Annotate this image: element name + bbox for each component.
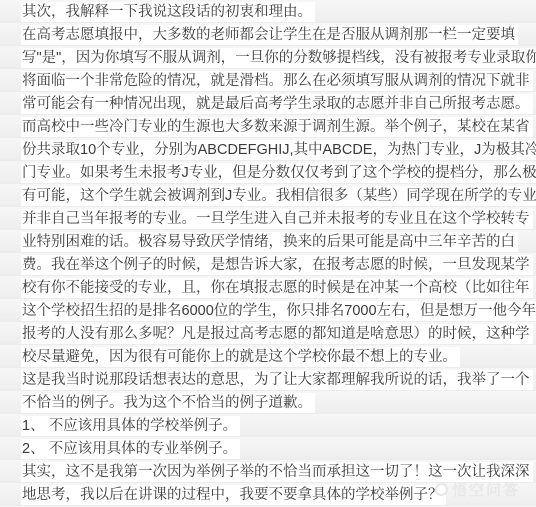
text-line: 并非自己当年报考的专业。一旦学生进入自己并未报考的专业且在这个学校转专 [21,209,533,229]
text-line: 其次，我解释一下我说这段话的初衷和理由。 [21,2,315,22]
text-line: 这是我当时说那段话想表达的意思，为了让大家都理解我所说的话，我举了一个 [21,370,533,390]
text-line: 2、 不应该用具体的专业举例子。 [21,439,240,459]
text-line: 地思考，我以后在讲课的过程中，我要不要拿具体的学校举例子？ [21,485,446,505]
watermark: 悟空问答 [435,479,520,500]
text-line: 报考的人没有那么多呢？凡是报过高考志愿的都知道是啥意思）的时候，这种学 [21,324,533,344]
text-line: 而高校中一些冷门专业的生源也大多数来源于调剂生源。举个例子，某校在某省 [21,117,533,137]
text-line: 校有你不能接受的专业，且，你在填报志愿的时候是在冲某一个高校（比如往年 [21,278,533,298]
wukong-logo-icon [435,483,448,496]
watermark-text: 悟空问答 [452,479,520,500]
text-line: 常可能会有一种情况出现，就是最后高考学生录取的志愿并非自己所报考志愿。 [21,94,533,114]
text-line: 门专业。如果考生未报考J专业，但是分数仅仅考到了这个学校的提档分，那么极 [21,163,536,183]
text-line: 业特别困难的话。极容易导致厌学情绪，换来的后果可能是高中三年辛苦的白 [21,232,518,252]
text-line: 这个学校招生招的是排名6000位的学生，你只排名7000左右，但是想万一他今年 [21,301,536,321]
text-line: 1、 不应该用具体的学校举例子。 [21,416,240,436]
text-line: 不恰当的例子。我为这个不恰当的例子道歉。 [21,393,315,413]
text-line: 费。我在举这个例子的时候，是想告诉大家，在报考志愿的时候，一旦发现某学 [21,255,533,275]
article-page: 其次，我解释一下我说这段话的初衷和理由。在高考志愿填报中，大多数的老师都会让学生… [0,0,536,507]
text-line: 校尽量避免，因为很有可能你上的就是这个学校你最不想上的专业。 [21,347,460,367]
article-text: 其次，我解释一下我说这段话的初衷和理由。在高考志愿填报中，大多数的老师都会让学生… [0,0,536,505]
text-line: 份共录取10个专业，分别为ABCDEFGHIJ,其中ABCDE，为热门专业，J为… [21,140,536,160]
text-line: 在高考志愿填报中，大多数的老师都会让学生在是否服从调剂那一栏一定要填 [21,25,518,45]
text-line: 有可能，这个学生就会被调剂到J专业。我相信很多（某些）同学现在所学的专业 [21,186,536,206]
text-line: 将面临一个非常危险的情况，就是滑档。那么在必须填写服从调剂的情况下就非 [21,71,533,91]
text-line: 写"是"，因为你填写不服从调剂，一旦你的分数够提档线，没有被报考专业录取你 [21,48,536,68]
